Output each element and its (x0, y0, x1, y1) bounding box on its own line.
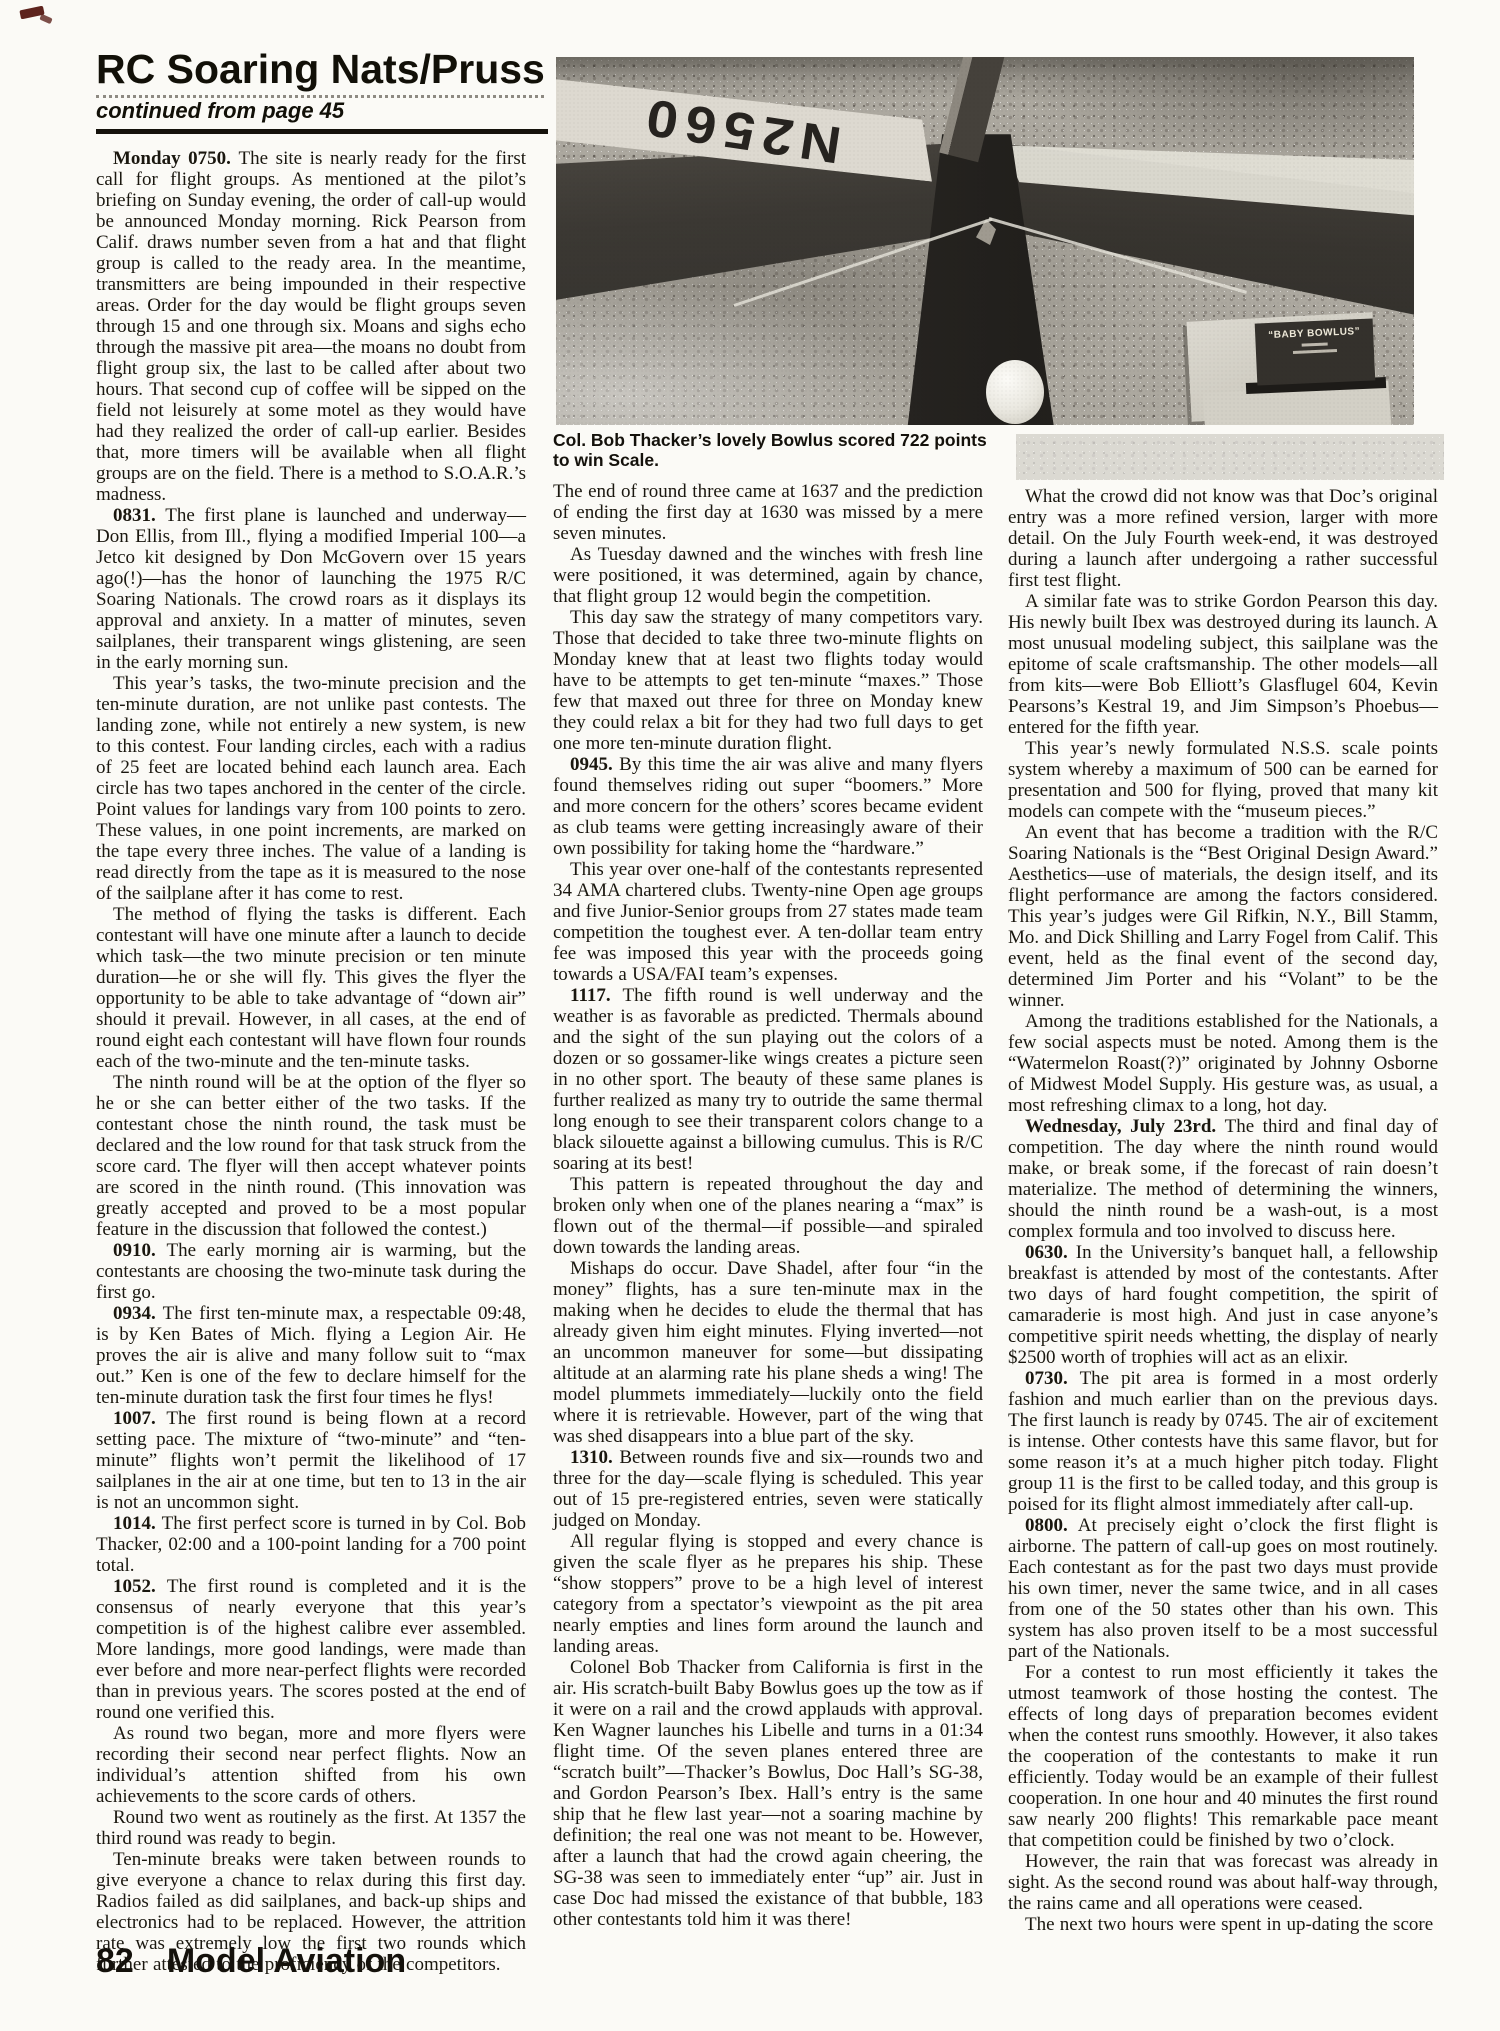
article-column-1: Monday 0750. The site is nearly ready fo… (96, 148, 526, 1975)
timestamp-lead: 1052. (113, 1576, 167, 1597)
timestamp-lead: 1310. (570, 1447, 619, 1468)
timestamp-lead: 1007. (113, 1408, 166, 1429)
article-paragraph: As Tuesday dawned and the winches with f… (553, 544, 983, 607)
article-subtitle: continued from page 45 (96, 99, 548, 123)
magazine-name: Model Aviation (167, 1942, 406, 1980)
article-paragraph: 0630. In the University’s banquet hall, … (1008, 1242, 1438, 1368)
article-paragraph: 0730. The pit area is formed in a most o… (1008, 1368, 1438, 1515)
article-paragraph: For a contest to run most efficiently it… (1008, 1662, 1438, 1851)
article-paragraph: This pattern is repeated throughout the … (553, 1174, 983, 1258)
article-paragraph: The ninth round will be at the option of… (96, 1072, 526, 1240)
article-paragraph: What the crowd did not know was that Doc… (1008, 486, 1438, 591)
placard-text-line (1302, 342, 1328, 346)
article-paragraph: 1007. The first round is being flown at … (96, 1408, 526, 1513)
article-header: RC Soaring Nats/Pruss continued from pag… (96, 46, 548, 134)
article-paragraph: This year’s newly formulated N.S.S. scal… (1008, 738, 1438, 822)
photo-caption: Col. Bob Thacker’s lovely Bowlus scored … (553, 430, 997, 470)
placard-title: “BABY BOWLUS” (1268, 327, 1360, 341)
timestamp-lead: 0945. (570, 754, 619, 775)
article-paragraph: 0934. The first ten-minute max, a respec… (96, 1303, 526, 1408)
article-title: RC Soaring Nats/Pruss (96, 46, 548, 92)
page-number: 82 (96, 1942, 134, 1980)
timestamp-lead: 0934. (113, 1303, 163, 1324)
article-paragraph: Colonel Bob Thacker from California is f… (553, 1657, 983, 1930)
article-paragraph: 0910. The early morning air is warming, … (96, 1240, 526, 1303)
timestamp-lead: 0630. (1025, 1242, 1076, 1263)
article-paragraph: 1052. The first round is completed and i… (96, 1576, 526, 1723)
article-paragraph: Round two went as routinely as the first… (96, 1807, 526, 1849)
placard-text-line (1293, 349, 1337, 354)
timestamp-lead: 1014. (113, 1513, 162, 1534)
article-paragraph: Monday 0750. The site is nearly ready fo… (96, 148, 526, 505)
award-placard: “BABY BOWLUS” (1255, 318, 1376, 385)
article-paragraph: An event that has become a tradition wit… (1008, 822, 1438, 1011)
timestamp-lead: 1117. (570, 985, 623, 1006)
timestamp-lead: 0800. (1025, 1515, 1078, 1536)
article-paragraph: Mishaps do occur. Dave Shadel, after fou… (553, 1258, 983, 1447)
photo-bleed-strip (1016, 434, 1444, 480)
article-paragraph: The end of round three came at 1637 and … (553, 481, 983, 544)
timestamp-lead: Monday 0750. (113, 148, 239, 169)
article-paragraph: 1014. The first perfect score is turned … (96, 1513, 526, 1576)
article-paragraph: 0945. By this time the air was alive and… (553, 754, 983, 859)
article-paragraph: All regular flying is stopped and every … (553, 1531, 983, 1657)
timestamp-lead: Wednesday, July 23rd. (1025, 1116, 1225, 1137)
article-paragraph: Among the traditions established for the… (1008, 1011, 1438, 1116)
article-paragraph: Wednesday, July 23rd. The third and fina… (1008, 1116, 1438, 1242)
article-paragraph: The next two hours were spent in up-dati… (1008, 1914, 1438, 1935)
white-ball (986, 360, 1044, 424)
timestamp-lead: 0910. (113, 1240, 166, 1261)
article-paragraph: 1117. The fifth round is well underway a… (553, 985, 983, 1174)
timestamp-lead: 0831. (113, 505, 165, 526)
page-footer: 82 Model Aviation (96, 1942, 406, 1980)
header-rule (96, 129, 548, 134)
article-paragraph: 0831. The first plane is launched and un… (96, 505, 526, 673)
article-paragraph: 1310. Between rounds five and six—rounds… (553, 1447, 983, 1531)
article-column-3: What the crowd did not know was that Doc… (1008, 486, 1438, 1935)
article-paragraph: The method of flying the tasks is differ… (96, 904, 526, 1072)
article-column-2: The end of round three came at 1637 and … (553, 481, 983, 1930)
magazine-page: RC Soaring Nats/Pruss continued from pag… (0, 0, 1500, 2031)
scan-artifact (39, 14, 52, 24)
article-paragraph: As round two began, more and more flyers… (96, 1723, 526, 1807)
article-paragraph: However, the rain that was forecast was … (1008, 1851, 1438, 1914)
article-paragraph: 0800. At precisely eight o’clock the fir… (1008, 1515, 1438, 1662)
article-paragraph: This day saw the strategy of many compet… (553, 607, 983, 754)
article-paragraph: This year’s tasks, the two-minute precis… (96, 673, 526, 904)
article-paragraph: This year over one-half of the contestan… (553, 859, 983, 985)
timestamp-lead: 0730. (1025, 1368, 1080, 1389)
article-paragraph: A similar fate was to strike Gordon Pear… (1008, 591, 1438, 738)
sailplane-photo: N2560 “BABY BOWLUS” (556, 57, 1414, 425)
